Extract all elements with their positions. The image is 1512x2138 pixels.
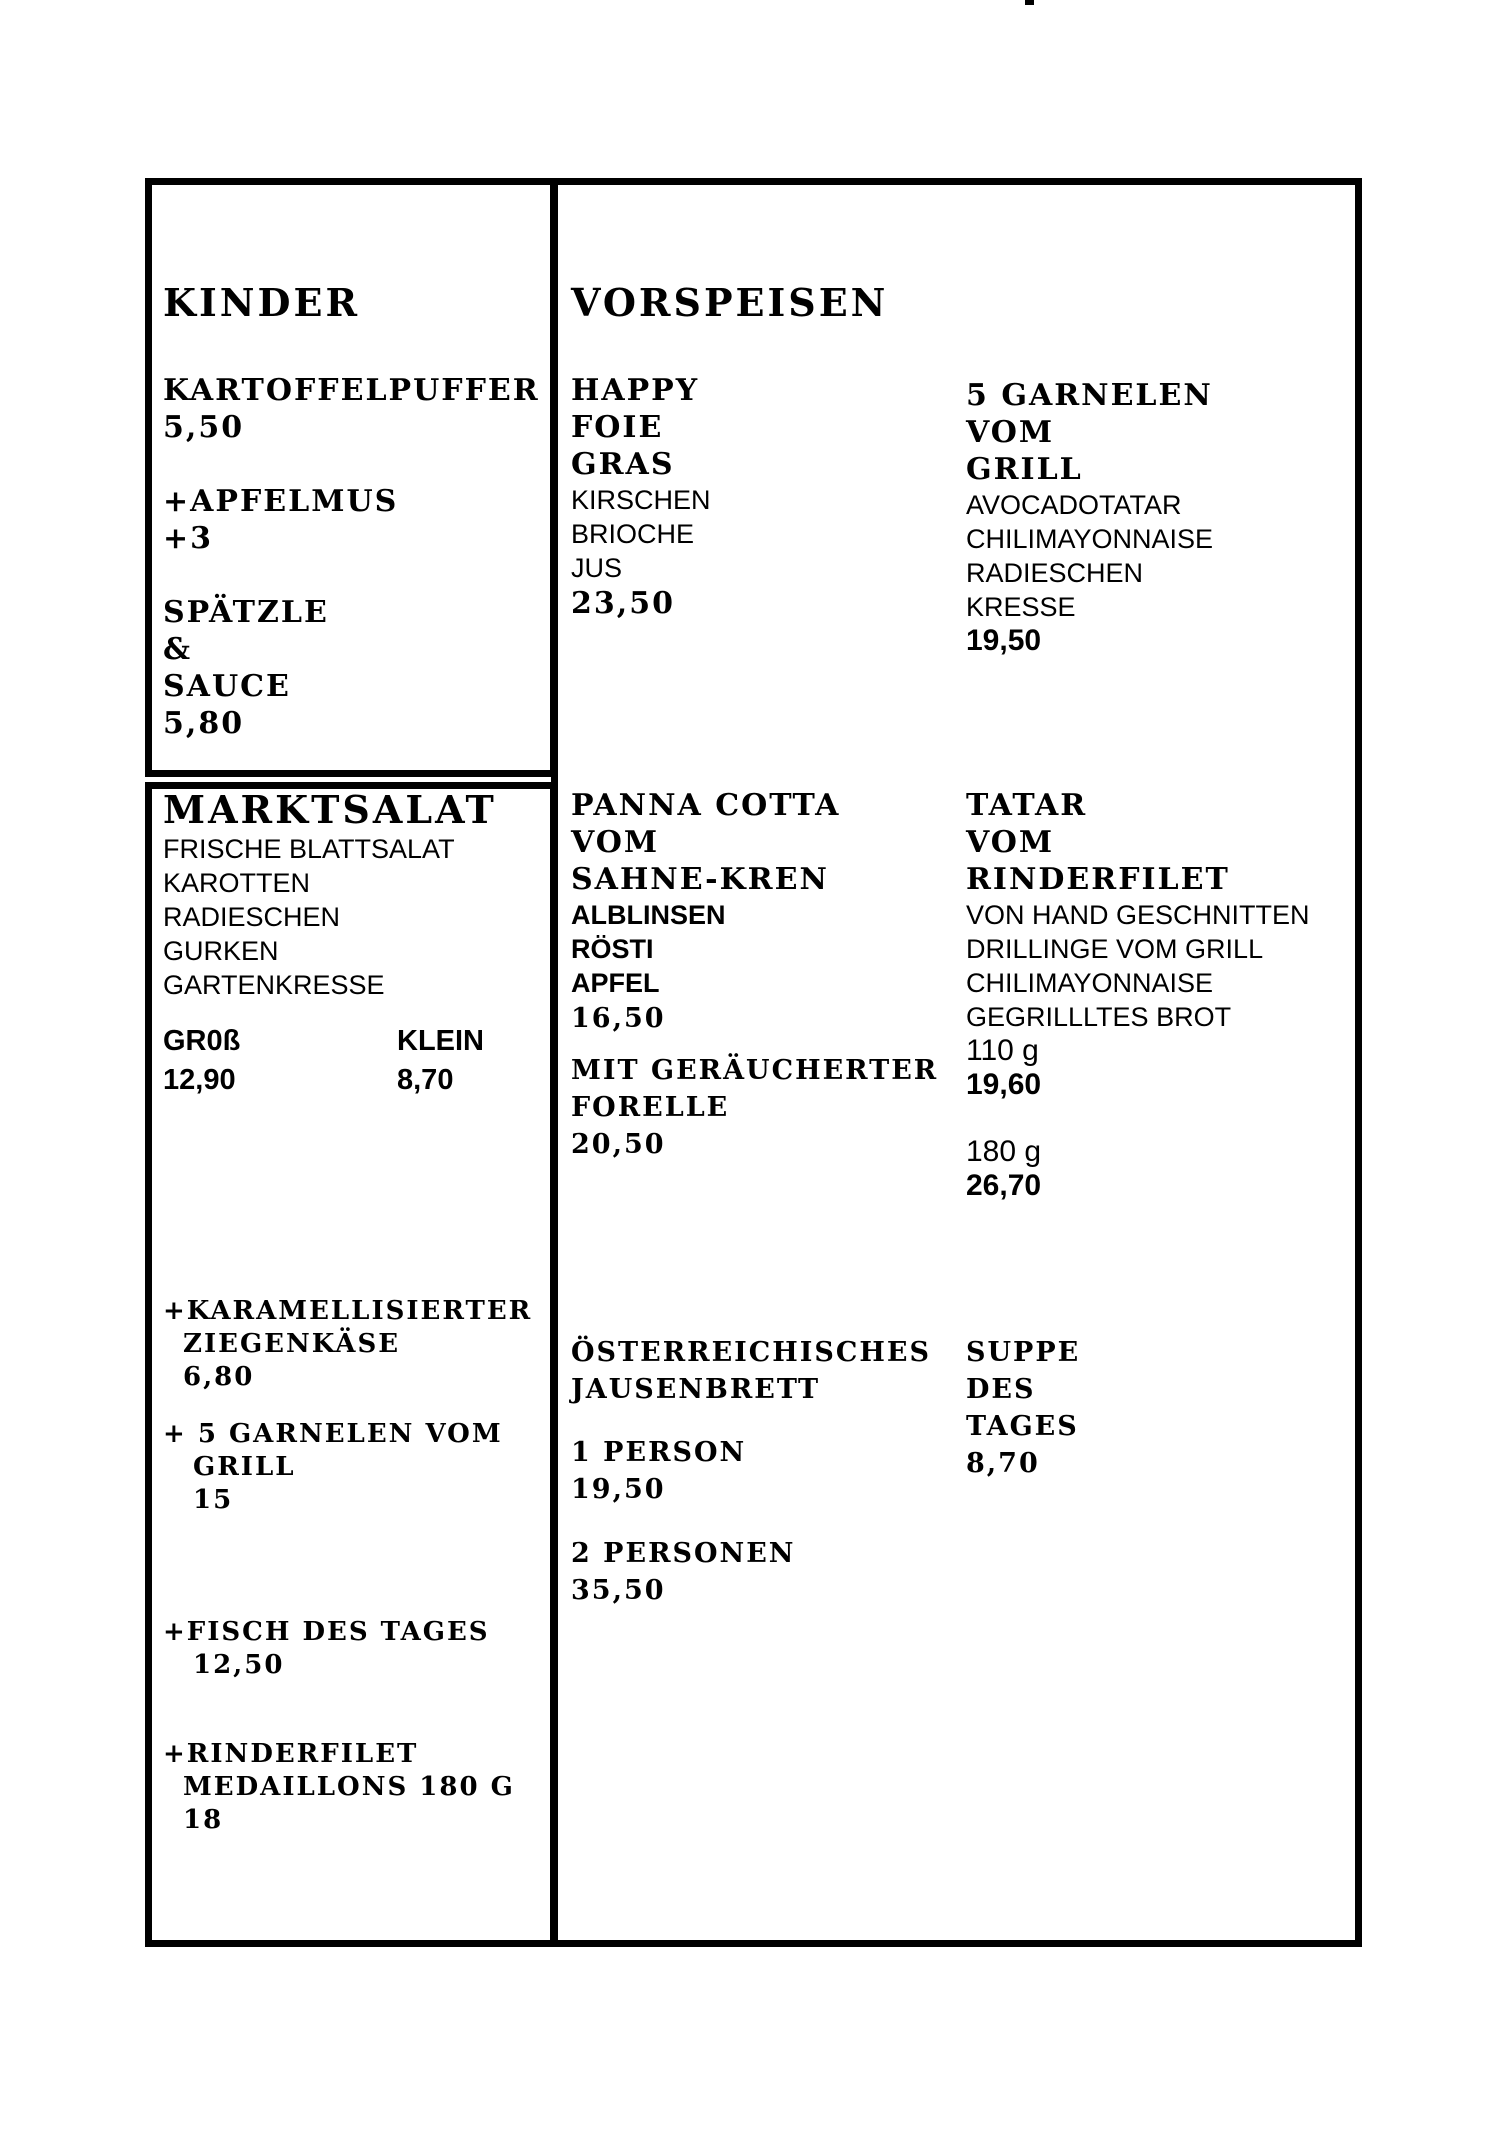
kinder-title: KINDER (163, 283, 360, 323)
item-weight: 180 g (966, 1135, 1041, 1169)
item-panna-cotta-variant: MIT GERÄUCHERTER FORELLE 20,50 (571, 1052, 938, 1163)
addon-price: 15 (163, 1484, 503, 1517)
item-price: 5,50 (163, 409, 540, 446)
item-name: +APFELMUS (163, 483, 398, 520)
item-price: 19,60 (966, 1068, 1310, 1102)
size-price: 12,90 (163, 1061, 240, 1100)
ingredient-line: GURKEN (163, 934, 455, 968)
item-happy-foie-gras: HAPPY FOIE GRAS KIRSCHEN BRIOCHE JUS 23,… (571, 372, 711, 622)
item-desc-line: KRESSE (966, 590, 1213, 624)
variant-price: 20,50 (571, 1126, 938, 1163)
size-label: GR0ß (163, 1022, 240, 1061)
item-suppe: SUPPE DES TAGES 8,70 (966, 1334, 1080, 1482)
item-name-line: PANNA COTTA (571, 787, 840, 824)
item-name-line: VOM (571, 824, 840, 861)
item-panna-cotta: PANNA COTTA VOM SAHNE-KREN ALBLINSEN RÖS… (571, 787, 840, 1037)
item-desc-line: CHILIMAYONNAISE (966, 522, 1213, 556)
item-name-line: SPÄTZLE (163, 594, 329, 631)
item-name-line: SAHNE-KREN (571, 861, 840, 898)
item-desc-line: RÖSTI (571, 932, 840, 966)
item-name-line: TATAR (966, 787, 1310, 824)
item-price: 19,50 (966, 624, 1213, 658)
addon-line: +FISCH DES TAGES (163, 1616, 490, 1649)
item-name-line: VOM (966, 824, 1310, 861)
marktsalat-title: MARKTSALAT (163, 790, 497, 830)
item-name-line: ÖSTERREICHISCHES (571, 1334, 931, 1371)
option-label: 2 PERSONEN (571, 1535, 795, 1572)
marktsalat-addon-garnelen: + 5 GARNELEN VOM GRILL 15 (163, 1418, 503, 1517)
option-price: 19,50 (571, 1471, 746, 1508)
marktsalat-addon-rinderfilet: +RINDERFILET MEDAILLONS 180 G 18 (163, 1738, 515, 1837)
option-label: 1 PERSON (571, 1434, 746, 1471)
addon-line: +RINDERFILET (163, 1738, 515, 1771)
ingredient-line: KAROTTEN (163, 866, 455, 900)
option-price: 35,50 (571, 1572, 795, 1609)
kinder-item-spaetzle: SPÄTZLE & SAUCE 5,80 (163, 594, 329, 742)
marktsalat-addon-fisch: +FISCH DES TAGES 12,50 (163, 1616, 490, 1682)
item-desc-line: AVOCADOTATAR (966, 488, 1213, 522)
marktsalat-ingredients: FRISCHE BLATTSALAT KAROTTEN RADIESCHEN G… (163, 832, 455, 1002)
item-price: 16,50 (571, 1000, 840, 1037)
item-price: 23,50 (571, 585, 711, 622)
ingredient-line: FRISCHE BLATTSALAT (163, 832, 455, 866)
item-name-line: SAUCE (163, 668, 329, 705)
variant-line: MIT GERÄUCHERTER (571, 1052, 938, 1089)
jausenbrett-option-1: 1 PERSON 19,50 (571, 1434, 746, 1508)
marktsalat-size-small: KLEIN 8,70 (397, 1022, 484, 1100)
item-name-line: GRAS (571, 446, 711, 483)
item-desc-line: RADIESCHEN (966, 556, 1213, 590)
item-price: +3 (163, 520, 398, 557)
marktsalat-size-large: GR0ß 12,90 (163, 1022, 240, 1100)
item-price: 26,70 (966, 1169, 1041, 1203)
item-desc-line: JUS (571, 551, 711, 585)
addon-price: 12,50 (163, 1649, 490, 1682)
ingredient-line: GARTENKRESSE (163, 968, 455, 1002)
item-price: 8,70 (966, 1445, 1080, 1482)
item-price: 5,80 (163, 705, 329, 742)
item-tatar: TATAR VOM RINDERFILET VON HAND GESCHNITT… (966, 787, 1310, 1102)
size-price: 8,70 (397, 1061, 484, 1100)
addon-line: ZIEGENKÄSE (163, 1328, 532, 1361)
size-label: KLEIN (397, 1022, 484, 1061)
item-weight: 110 g (966, 1034, 1310, 1068)
item-name-line: SUPPE (966, 1334, 1080, 1371)
addon-line: GRILL (163, 1451, 503, 1484)
item-desc-line: CHILIMAYONNAISE (966, 966, 1310, 1000)
item-name-line: RINDERFILET (966, 861, 1310, 898)
item-desc-line: GEGRILLLTES BROT (966, 1000, 1310, 1034)
item-jausenbrett: ÖSTERREICHISCHES JAUSENBRETT (571, 1334, 931, 1408)
item-name-line: JAUSENBRETT (571, 1371, 931, 1408)
item-tatar-large: 180 g 26,70 (966, 1135, 1041, 1203)
vorspeisen-title: VORSPEISEN (571, 283, 888, 323)
item-desc-line: APFEL (571, 966, 840, 1000)
addon-line: +KARAMELLISIERTER (163, 1295, 532, 1328)
item-name-line: DES (966, 1371, 1080, 1408)
addon-price: 18 (163, 1804, 515, 1837)
kinder-item-kartoffelpuffer: KARTOFFELPUFFER 5,50 (163, 372, 540, 446)
item-name-line: VOM (966, 414, 1213, 451)
kinder-item-apfelmus: +APFELMUS +3 (163, 483, 398, 557)
item-desc-line: BRIOCHE (571, 517, 711, 551)
addon-line: + 5 GARNELEN VOM (163, 1418, 503, 1451)
item-name-line: & (163, 631, 329, 668)
addon-line: MEDAILLONS 180 G (163, 1771, 515, 1804)
item-desc-line: VON HAND GESCHNITTEN (966, 898, 1310, 932)
jausenbrett-option-2: 2 PERSONEN 35,50 (571, 1535, 795, 1609)
item-name-line: FOIE (571, 409, 711, 446)
item-garnelen: 5 GARNELEN VOM GRILL AVOCADOTATAR CHILIM… (966, 377, 1213, 658)
item-name-line: 5 GARNELEN (966, 377, 1213, 414)
marktsalat-addon-ziegenkaese: +KARAMELLISIERTER ZIEGENKÄSE 6,80 (163, 1295, 532, 1394)
item-name-line: GRILL (966, 451, 1213, 488)
menu-page: KINDER KARTOFFELPUFFER 5,50 +APFELMUS +3… (0, 0, 1512, 2138)
addon-price: 6,80 (163, 1361, 532, 1394)
item-name: KARTOFFELPUFFER (163, 372, 540, 409)
item-desc-line: ALBLINSEN (571, 898, 840, 932)
ingredient-line: RADIESCHEN (163, 900, 455, 934)
page-edge-artifact (1025, 0, 1034, 5)
item-desc-line: KIRSCHEN (571, 483, 711, 517)
item-desc-line: DRILLINGE VOM GRILL (966, 932, 1310, 966)
item-name-line: HAPPY (571, 372, 711, 409)
variant-line: FORELLE (571, 1089, 938, 1126)
item-name-line: TAGES (966, 1408, 1080, 1445)
